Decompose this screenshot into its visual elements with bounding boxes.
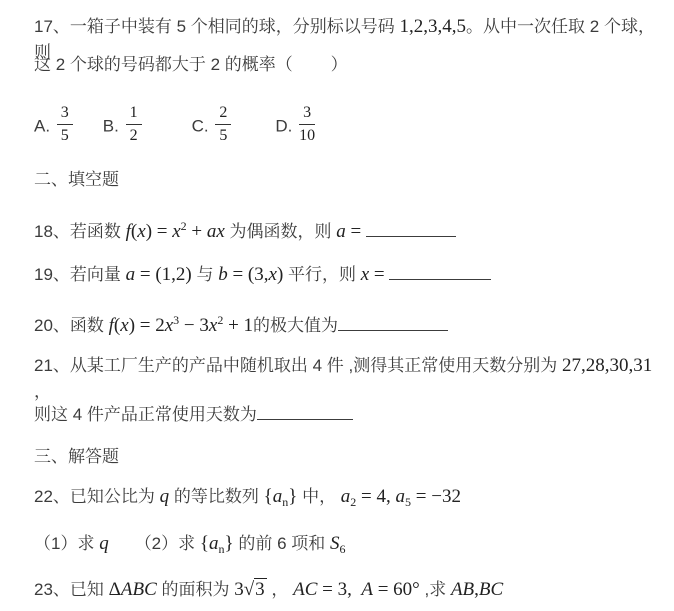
- math-italic-run: x: [120, 315, 128, 336]
- spacer: [75, 130, 103, 131]
- question-22-parts: （1）求 q（2）求 {an} 的前 6 项和 S6: [34, 531, 666, 562]
- fraction-denominator: 10: [299, 125, 315, 146]
- text-run: 二、填空题: [34, 170, 119, 189]
- sqrt-expression: √3: [244, 578, 267, 600]
- text-run: （2）求: [135, 534, 200, 553]
- math-italic-run: ABC: [121, 579, 157, 600]
- question-18: 18、若函数 f(x) = x2 + ax 为偶函数，则 a =: [34, 213, 666, 245]
- text-run: 19、若向量: [34, 265, 126, 284]
- math-italic-run: A: [361, 579, 373, 600]
- question-22: 22、已知公比为 q 的等比数列 {an} 中， a2 = 4, a5 = −3…: [34, 484, 666, 515]
- math-roman-run: +: [187, 221, 207, 242]
- section-2-heading: 二、填空题: [34, 167, 666, 193]
- spacer: [144, 130, 192, 131]
- question-23: 23、已知 ΔABC 的面积为 3√3 ， AC = 3, A = 60° ,求…: [34, 577, 666, 603]
- math-roman-run: =: [346, 221, 366, 242]
- math-roman-run: − 3: [179, 315, 209, 336]
- math-italic-run: x: [361, 264, 369, 285]
- fraction-numerator: 1: [126, 103, 142, 125]
- math-italic-run: ax: [207, 221, 225, 242]
- text-run: 为偶函数，则: [225, 222, 336, 241]
- math-roman-run: {: [200, 533, 209, 554]
- math-italic-run: q: [160, 486, 170, 507]
- text-run: A.: [34, 116, 55, 135]
- fraction-numerator: 3: [299, 103, 315, 125]
- math-italic-run: a: [396, 486, 406, 507]
- math-italic-run: AC: [293, 579, 317, 600]
- math-italic-run: AB: [451, 579, 474, 600]
- math-roman-run: }: [225, 533, 234, 554]
- text-run: 的面积为: [157, 580, 234, 599]
- math-roman-run: {: [264, 486, 273, 507]
- text-run: 与: [192, 265, 218, 284]
- text-run: ,求: [420, 580, 451, 599]
- text-run: （1）求: [34, 534, 99, 553]
- section-3-heading: 三、解答题: [34, 444, 666, 470]
- math-italic-run: x: [165, 315, 173, 336]
- text-run: 三、解答题: [34, 447, 119, 466]
- text-run: 的极大值为: [253, 316, 338, 335]
- question-21-line-1: 21、从某工厂生产的产品中随机取出 4 件 ,测得其正常使用天数分别为 27,2…: [34, 353, 666, 405]
- fraction-denominator: 5: [215, 125, 231, 146]
- question-17-options: A. 35B. 12C. 25D. 310: [34, 106, 666, 149]
- text-run: 的前 6 项和: [234, 534, 330, 553]
- math-roman-run: 3: [234, 579, 244, 600]
- math-roman-run: 27,28,30,31: [562, 355, 652, 376]
- math-italic-run: a: [209, 533, 219, 554]
- text-run: C.: [192, 116, 214, 135]
- math-italic-run: x: [137, 221, 145, 242]
- text-run: 平行，则: [283, 265, 360, 284]
- math-roman-run: }: [288, 486, 297, 507]
- text-run: 的等比数列: [169, 487, 263, 506]
- text-run: 22、已知公比为: [34, 487, 160, 506]
- fraction-numerator: 3: [57, 103, 73, 125]
- math-italic-run: a: [126, 264, 136, 285]
- text-run: D.: [275, 116, 297, 135]
- fraction: 25: [215, 103, 231, 146]
- math-roman-run: ) =: [146, 221, 173, 242]
- fraction: 12: [126, 103, 142, 146]
- text-run: 18、若函数: [34, 222, 126, 241]
- math-italic-run: a: [273, 486, 283, 507]
- math-roman-run: = −32: [411, 486, 461, 507]
- text-run: 则这 4 件产品正常使用天数为: [34, 405, 257, 424]
- math-roman-run: = 60°: [373, 579, 420, 600]
- math-italic-run: BC: [479, 579, 503, 600]
- answer-blank: [389, 261, 491, 280]
- subscript: 6: [339, 542, 345, 556]
- fraction: 310: [299, 103, 315, 146]
- text-run: B.: [103, 116, 124, 135]
- spacer: [233, 130, 275, 131]
- math-roman-run: =: [369, 264, 389, 285]
- question-17-line-2: 这 2 个球的号码都大于 2 的概率（ ）: [34, 52, 666, 78]
- text-run: ，: [267, 580, 293, 599]
- math-roman-run: = 4,: [356, 486, 395, 507]
- math-italic-run: x: [269, 264, 277, 285]
- math-roman-run: = 3,: [317, 579, 361, 600]
- math-italic-run: a: [336, 221, 346, 242]
- text-run: 21、从某工厂生产的产品中随机取出 4 件 ,测得其正常使用天数分别为: [34, 356, 562, 375]
- question-21-line-2: 则这 4 件产品正常使用天数为: [34, 401, 666, 428]
- text-run: 这 2 个球的号码都大于 2 的概率（ ）: [34, 55, 348, 74]
- answer-blank: [257, 401, 353, 420]
- answer-blank: [366, 218, 456, 237]
- fraction-denominator: 5: [57, 125, 73, 146]
- exam-document-page: 17、一箱子中装有 5 个相同的球，分别标以号码 1,2,3,4,5。从中一次任…: [0, 0, 674, 611]
- fraction-denominator: 2: [126, 125, 142, 146]
- math-roman-run: = (1,2): [135, 264, 192, 285]
- text-run: 17、一箱子中装有 5 个相同的球，分别标以号码: [34, 17, 400, 36]
- math-italic-run: q: [99, 533, 109, 554]
- text-run: 中，: [297, 487, 340, 506]
- math-roman-run: Δ: [109, 579, 121, 600]
- text-run: 20、函数: [34, 316, 109, 335]
- math-roman-run: + 1: [223, 315, 253, 336]
- spacer: [109, 548, 135, 549]
- math-roman-run: 1,2,3,4,5: [400, 16, 467, 37]
- math-italic-run: a: [341, 486, 351, 507]
- fraction: 35: [57, 103, 73, 146]
- question-19: 19、若向量 a = (1,2) 与 b = (3,x) 平行，则 x =: [34, 261, 666, 288]
- math-italic-run: x: [172, 221, 180, 242]
- math-italic-run: b: [218, 264, 228, 285]
- radicand: 3: [254, 578, 267, 600]
- question-20: 20、函数 f(x) = 2x3 − 3x2 + 1的极大值为: [34, 307, 666, 339]
- text-run: 23、已知: [34, 580, 109, 599]
- answer-blank: [338, 312, 448, 331]
- fraction-numerator: 2: [215, 103, 231, 125]
- math-roman-run: ) = 2: [129, 315, 165, 336]
- math-roman-run: = (3,: [228, 264, 269, 285]
